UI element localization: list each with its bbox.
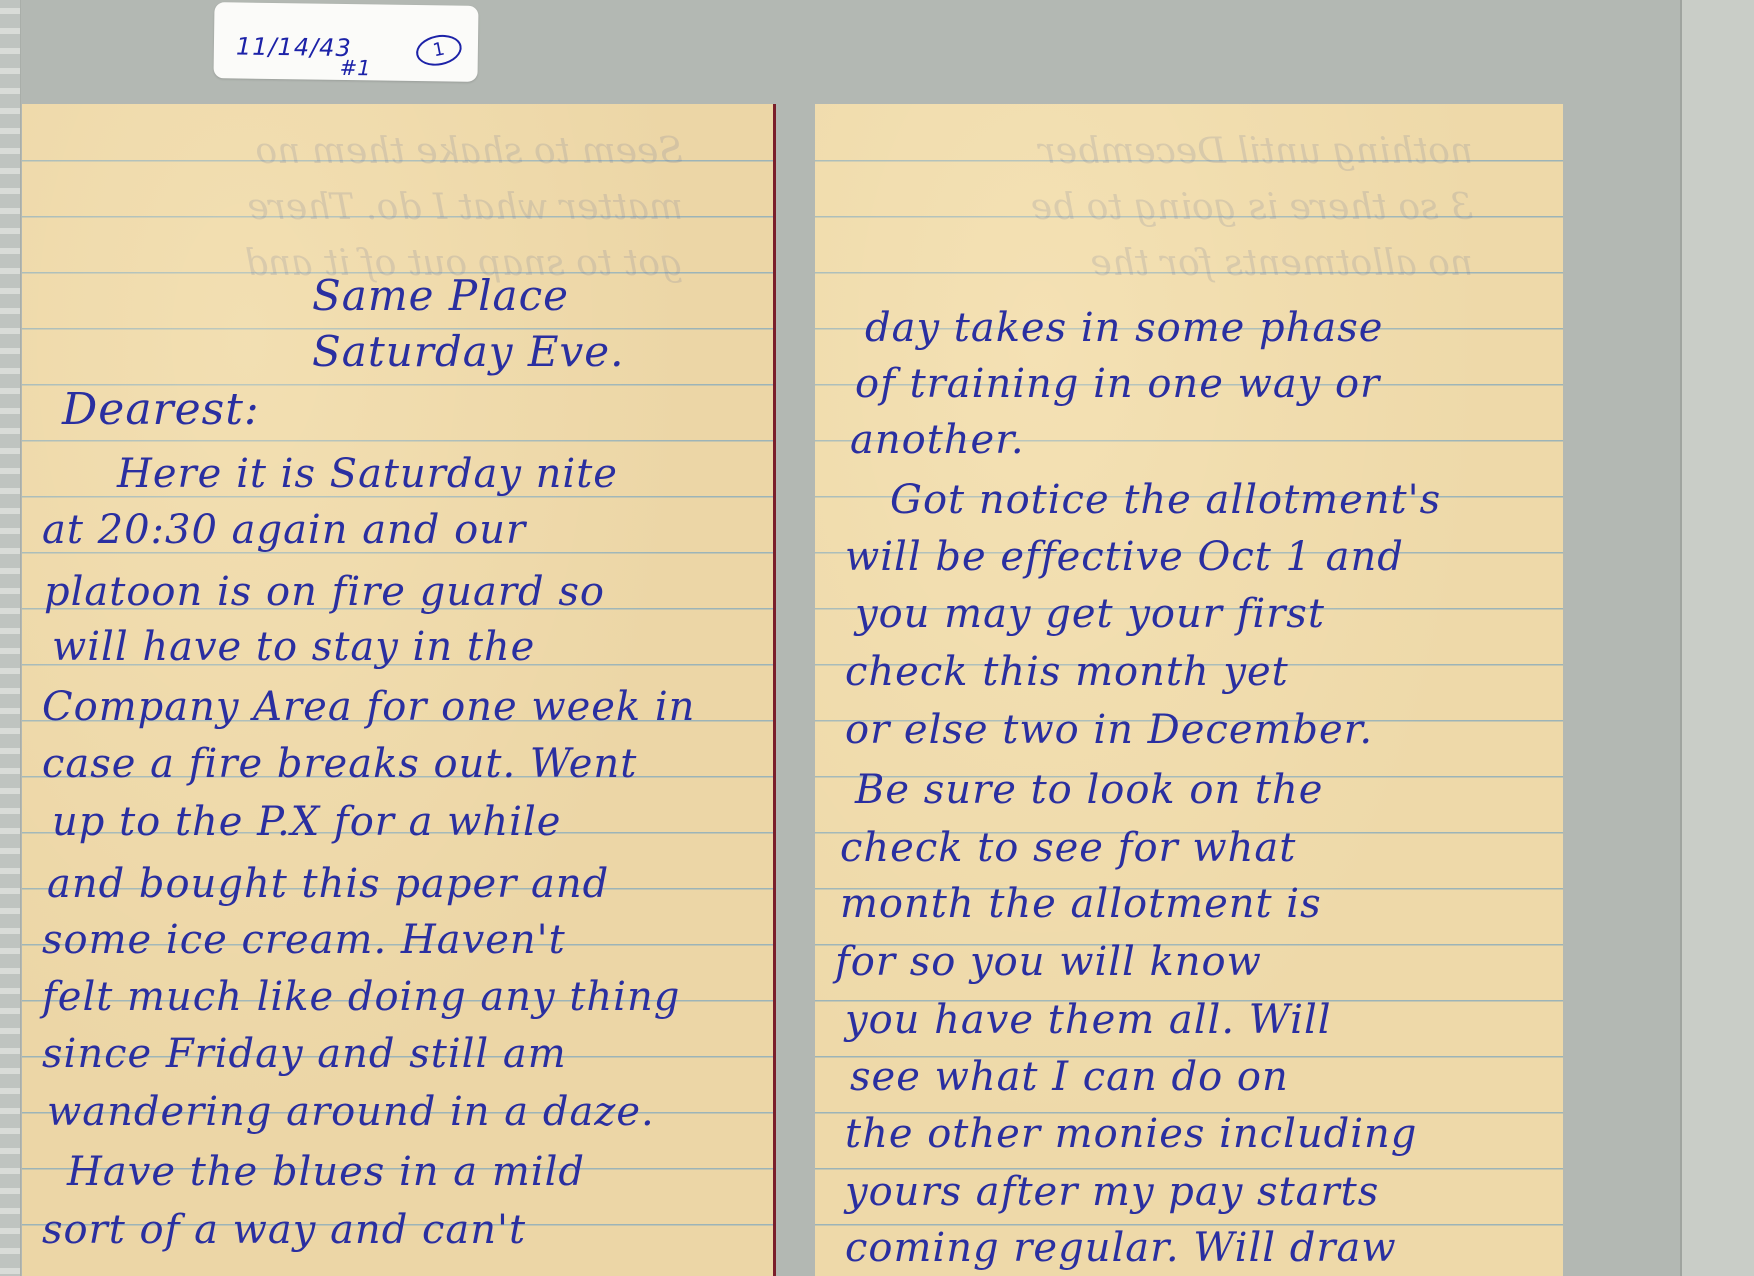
- letter-line: felt much like doing any thing: [42, 969, 680, 1025]
- letter-line: yours after my pay starts: [845, 1164, 1379, 1220]
- letter-line: another.: [850, 412, 1025, 468]
- letter-line: will be effective Oct 1 and: [845, 529, 1404, 585]
- bleed-through-text: nothing until December 3 so there is goi…: [815, 104, 1563, 292]
- letter-line: platoon is on fire guard so: [44, 564, 605, 620]
- archive-label: 11/14/43 #1 1: [213, 2, 478, 82]
- letter-line: the other monies including: [845, 1106, 1417, 1162]
- letter-line: see what I can do on: [850, 1049, 1289, 1105]
- letter-line: check to see for what: [840, 820, 1296, 876]
- letter-line: or else two in December.: [845, 702, 1373, 758]
- heading-place: Same Place: [312, 268, 569, 324]
- letter-line: at 20:30 again and our: [42, 502, 526, 558]
- label-date: 11/14/43: [236, 32, 352, 62]
- letter-line: and bought this paper and: [47, 856, 609, 912]
- letter-line: for so you will know: [835, 934, 1262, 990]
- heading-day: Saturday Eve.: [312, 324, 624, 380]
- letter-line: you have them all. Will: [845, 992, 1332, 1048]
- letter-line: Got notice the allotment's: [890, 472, 1441, 528]
- label-page-number: 1: [413, 31, 464, 69]
- letter-line: up to the P.X for a while: [52, 794, 561, 850]
- letter-line: Be sure to look on the: [855, 762, 1323, 818]
- letter-line: sort of a way and can't: [42, 1202, 526, 1258]
- letter-line: day takes in some phase: [865, 300, 1383, 356]
- letter-line: since Friday and still am: [42, 1026, 567, 1082]
- binder-strip: [0, 0, 21, 1276]
- letter-line: case a fire breaks out. Went: [42, 736, 637, 792]
- label-number: #1: [339, 56, 370, 80]
- letter-line: you may get your first: [855, 586, 1325, 642]
- letter-page-left: Seem to shake them no matter what I do. …: [22, 104, 776, 1276]
- letter-line: will have to stay in the: [52, 619, 535, 675]
- letter-line: Have the blues in a mild: [67, 1144, 585, 1200]
- salutation: Dearest:: [62, 382, 260, 438]
- bleed-through-text: Seem to shake them no matter what I do. …: [22, 104, 773, 292]
- sleeve-edge: [1680, 0, 1754, 1276]
- letter-page-right: nothing until December 3 so there is goi…: [815, 104, 1563, 1276]
- letter-line: of training in one way or: [855, 356, 1380, 412]
- letter-line: some ice cream. Haven't: [42, 912, 566, 968]
- letter-line: coming regular. Will draw: [845, 1220, 1397, 1276]
- letter-line: check this month yet: [845, 644, 1289, 700]
- letter-line: Here it is Saturday nite: [117, 446, 618, 502]
- letter-line: wandering around in a daze.: [47, 1084, 655, 1140]
- letter-line: Company Area for one week in: [42, 679, 695, 735]
- letter-line: month the allotment is: [840, 876, 1322, 932]
